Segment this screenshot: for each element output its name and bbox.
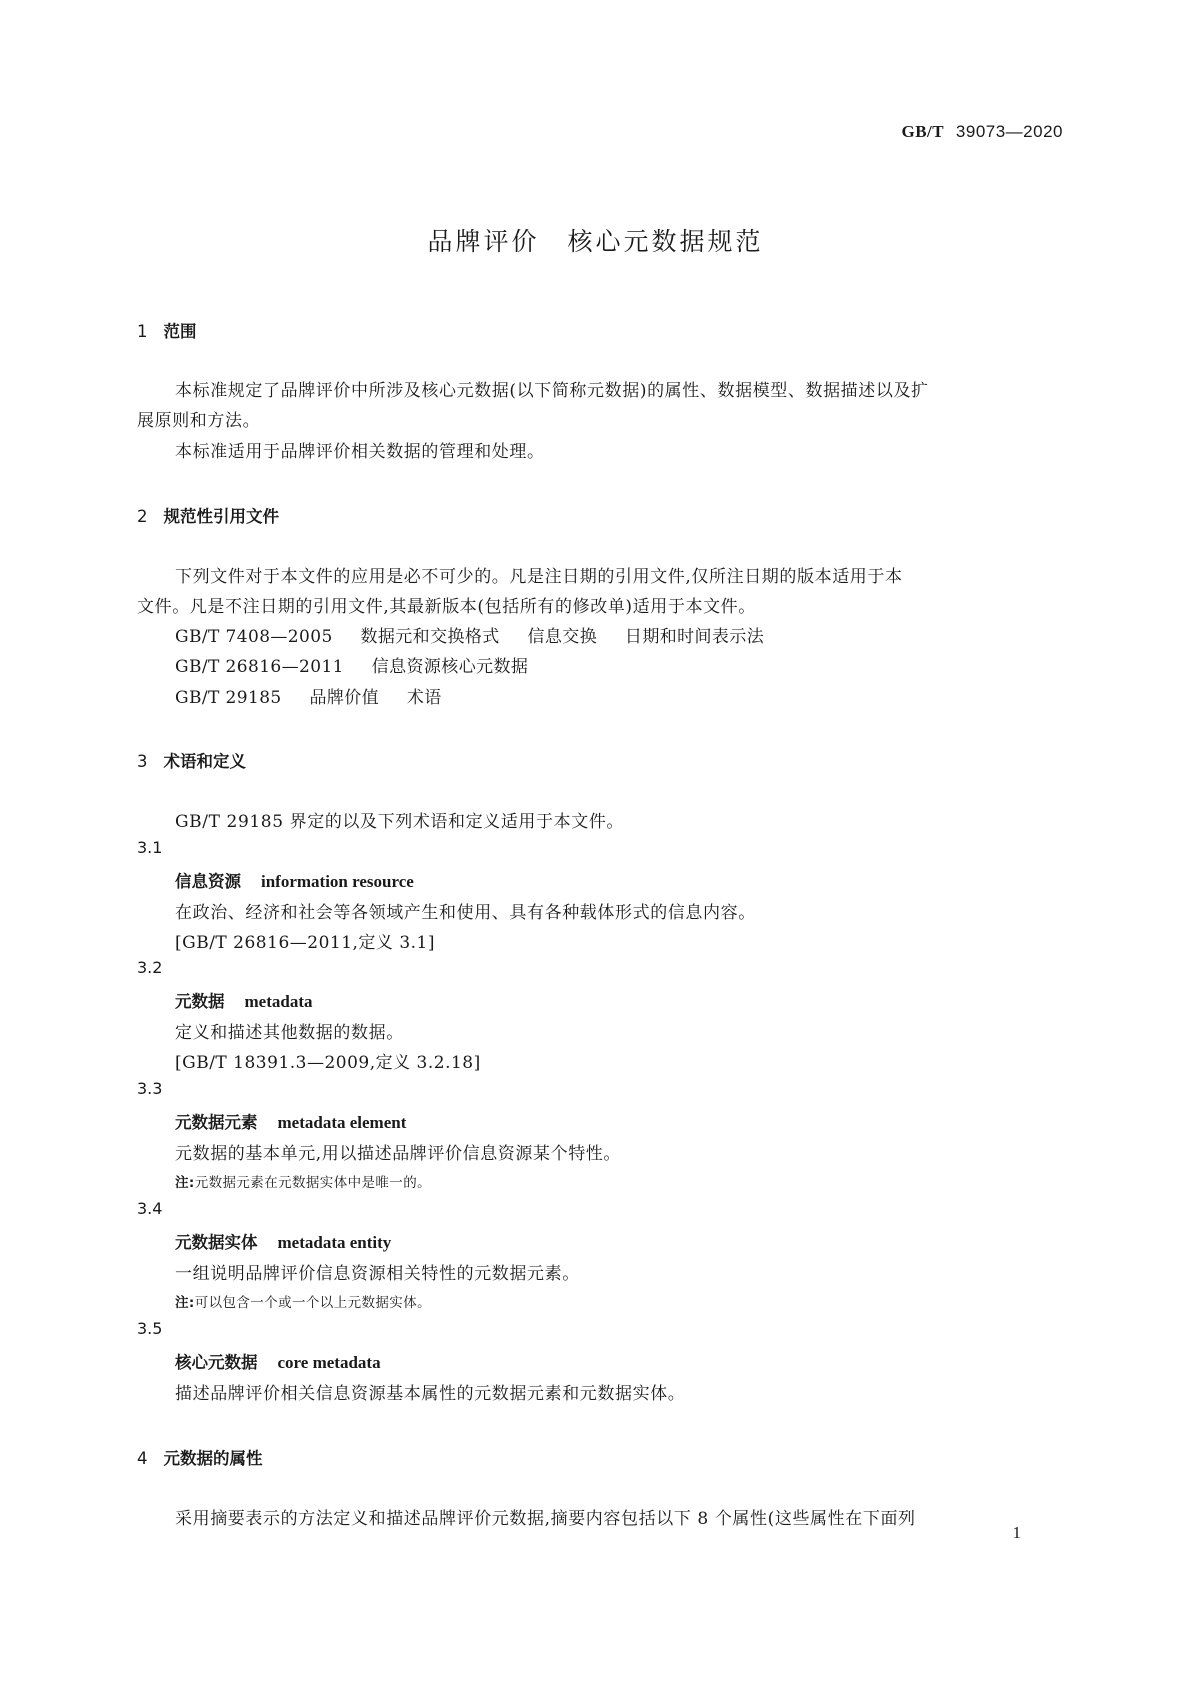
term-title: 核心元数据core metadata [175,1349,381,1373]
paragraph: 采用摘要表示的方法定义和描述品牌评价元数据,摘要内容包括以下 8 个属性(这些属… [175,1504,916,1529]
term-number: 3.5 [137,1319,162,1338]
reference-item: GB/T 26816—2011 信息资源核心元数据 [175,652,528,677]
term-definition: 元数据的基本单元,用以描述品牌评价信息资源某个特性。 [175,1139,621,1164]
term-definition: 在政治、经济和社会等各领域产生和使用、具有各种载体形式的信息内容。 [175,898,756,923]
document-title: 品牌评价 核心元数据规范 [0,222,1191,258]
term-number: 3.4 [137,1199,162,1218]
reference-item: GB/T 29185 品牌价值 术语 [175,683,442,708]
section-heading-4: 4元数据的属性 [137,1445,263,1469]
section-heading-2: 2规范性引用文件 [137,503,279,527]
paragraph: 展原则和方法。 [137,406,260,431]
page-number: 1 [1013,1523,1022,1543]
term-title: 元数据metadata [175,988,312,1012]
paragraph: GB/T 29185 界定的以及下列术语和定义适用于本文件。 [175,807,624,832]
term-number: 3.2 [137,958,162,977]
paragraph: 下列文件对于本文件的应用是必不可少的。凡是注日期的引用文件,仅所注日期的版本适用… [175,562,903,587]
term-title: 元数据元素metadata element [175,1109,406,1133]
section-heading-1: 1范围 [137,318,197,342]
standard-prefix: GB/T [901,122,944,141]
term-note: 注:元数据元素在元数据实体中是唯一的。 [175,1171,431,1191]
term-number: 3.3 [137,1079,162,1098]
term-title: 信息资源information resource [175,868,414,892]
paragraph: 文件。凡是不注日期的引用文件,其最新版本(包括所有的修改单)适用于本文件。 [137,592,756,617]
paragraph: 本标准适用于品牌评价相关数据的管理和处理。 [175,437,545,462]
term-number: 3.1 [137,838,162,857]
term-title: 元数据实体metadata entity [175,1229,391,1253]
term-definition: 描述品牌评价相关信息资源基本属性的元数据元素和元数据实体。 [175,1379,685,1404]
standard-code: 39073—2020 [956,122,1063,141]
term-definition: 定义和描述其他数据的数据。 [175,1018,404,1043]
section-heading-3: 3术语和定义 [137,748,246,772]
standard-number: GB/T 39073—2020 [901,122,1063,142]
paragraph: 本标准规定了品牌评价中所涉及核心元数据(以下简称元数据)的属性、数据模型、数据描… [175,376,929,401]
term-note: 注:可以包含一个或一个以上元数据实体。 [175,1291,431,1311]
term-definition: 一组说明品牌评价信息资源相关特性的元数据元素。 [175,1259,580,1284]
term-source: [GB/T 18391.3—2009,定义 3.2.18] [175,1048,481,1073]
reference-item: GB/T 7408—2005 数据元和交换格式 信息交换 日期和时间表示法 [175,622,764,647]
term-source: [GB/T 26816—2011,定义 3.1] [175,928,435,953]
